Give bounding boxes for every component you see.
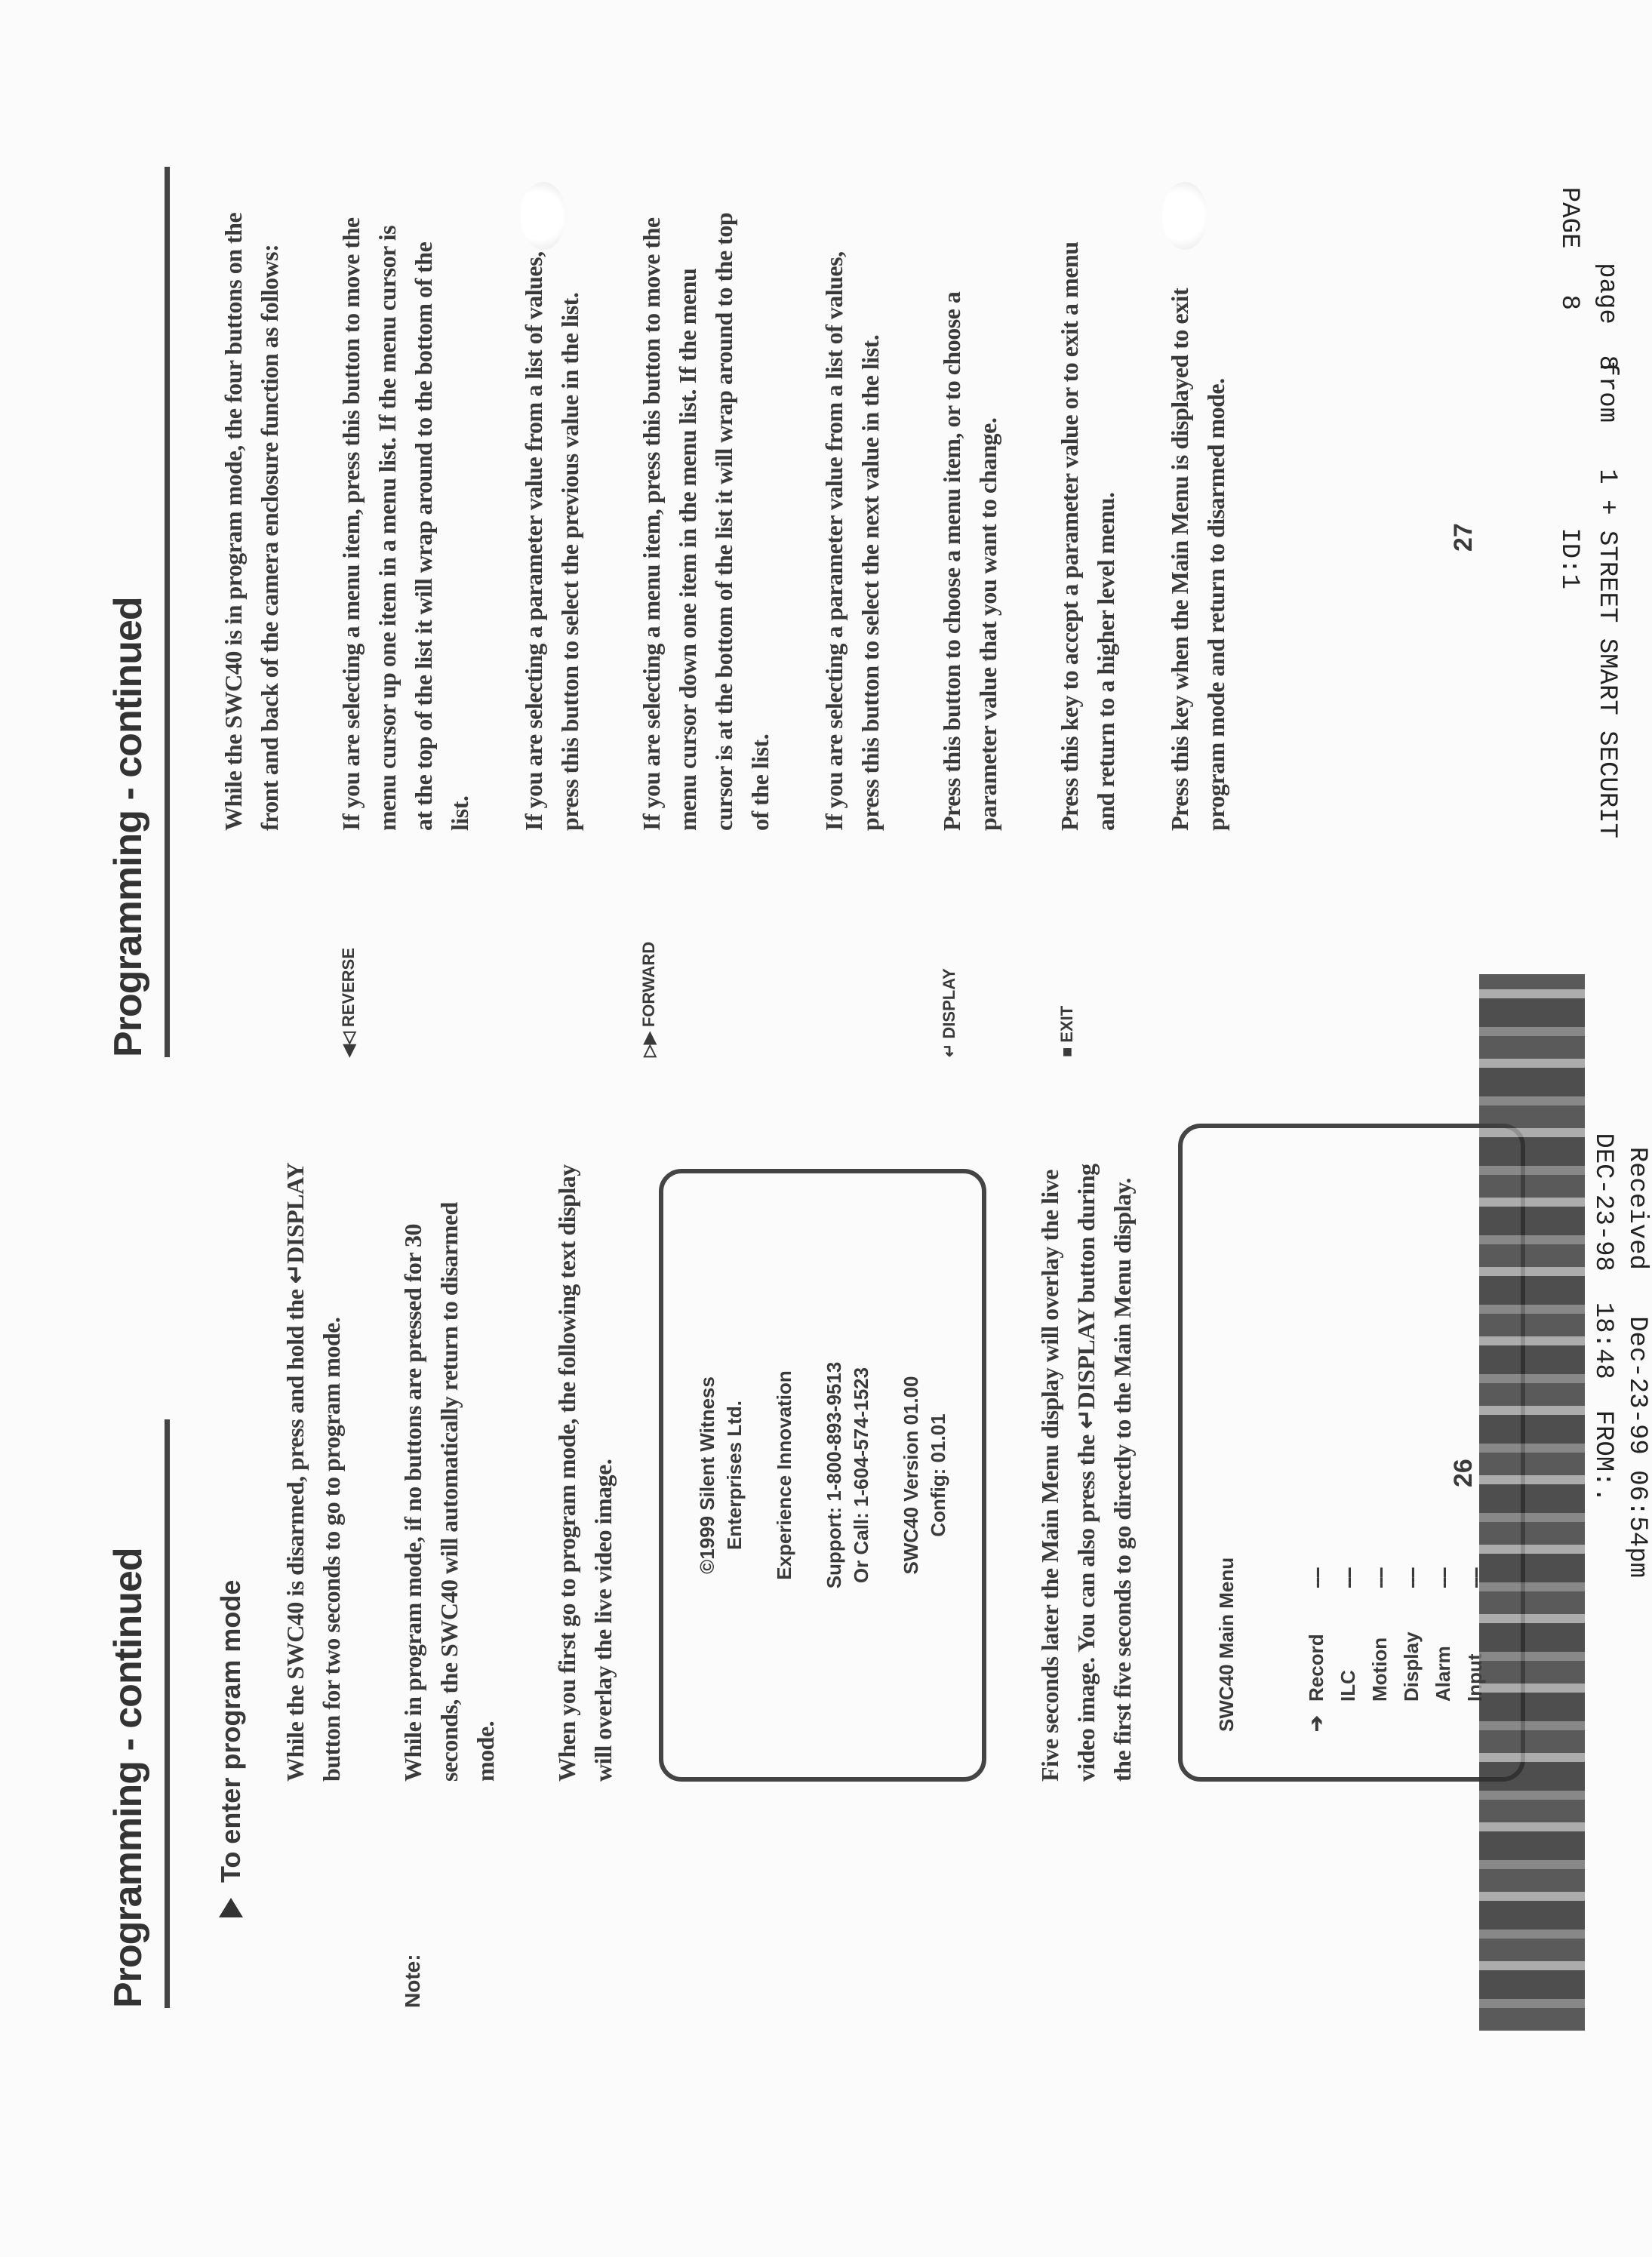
menu-item-value: ---- xyxy=(1364,1568,1395,1588)
subheading: To enter program mode xyxy=(215,1065,247,1917)
page-number-27: 27 xyxy=(1449,523,1478,552)
button-label: ↵Display xyxy=(934,831,1006,1057)
intro-paragraph: While the SWC40 is disarmed, press and h… xyxy=(277,1163,349,1782)
copyright-line: ©1999 Silent Witness xyxy=(696,1376,718,1574)
menu-item-name: Alarm xyxy=(1427,1596,1459,1702)
scan-noise-band xyxy=(1479,974,1585,2031)
menu-item-name: Display xyxy=(1395,1596,1427,1702)
intro-paragraph: While the SWC40 is in program mode, the … xyxy=(215,212,288,831)
button-description: If you are selecting a menu item, press … xyxy=(333,212,478,831)
five-seconds-paragraph: Five seconds later the Main Menu display… xyxy=(1032,1163,1140,1782)
page-27: Programming - continued While the SWC40 … xyxy=(106,114,1234,1057)
button-name: Forward xyxy=(639,942,659,1027)
menu-item: ➔Record---- xyxy=(1300,1173,1332,1732)
button-label xyxy=(1161,831,1234,1057)
button-label: ▷▶Forward xyxy=(633,831,778,1057)
button-description: If you are selecting a parameter value f… xyxy=(515,212,588,831)
page-title: Programming - continued xyxy=(106,167,170,1057)
button-name: Display xyxy=(940,968,959,1038)
button-description: If you are selecting a parameter value f… xyxy=(816,212,888,831)
button-label: ■Exit xyxy=(1051,831,1124,1057)
main-menu-box: SWC40 Main Menu ➔Record----ILC----Motion… xyxy=(1178,1124,1525,1782)
fax-from-line: from 1 + STREET SMART SECURIT xyxy=(1592,361,1621,838)
enter-icon: ↵ xyxy=(940,1044,959,1057)
first-go-paragraph: When you first go to program mode, the f… xyxy=(549,1163,621,1782)
button-row-exit: ■ExitPress this key to accept a paramete… xyxy=(1051,114,1124,1057)
splash-display-box: ©1999 Silent WitnessEnterprises Ltd. Exp… xyxy=(659,1169,986,1782)
page-number-26: 26 xyxy=(1449,1459,1478,1487)
menu-item-value: ---- xyxy=(1332,1568,1364,1588)
menu-item: Display---- xyxy=(1395,1173,1427,1732)
button-row-display: ↵DisplayPress this button to choose a me… xyxy=(934,114,1006,1057)
reverse-icon: ◀◁ xyxy=(339,1032,358,1057)
button-row-exit: Press this key when the Main Menu is dis… xyxy=(1161,114,1234,1057)
punch-hole xyxy=(521,182,566,250)
blank xyxy=(1332,1709,1364,1732)
button-label xyxy=(816,831,888,1057)
button-descriptions: ◀◁ReverseIf you are selecting a menu ite… xyxy=(333,114,1234,1057)
fax-id: ID:1 xyxy=(1555,527,1583,589)
fax-received-line: Received Dec-23-99 06:54pm xyxy=(1623,1147,1651,1578)
menu-item: Alarm---- xyxy=(1427,1173,1459,1732)
button-row-reverse: ◀◁ReverseIf you are selecting a menu ite… xyxy=(333,114,478,1057)
menu-item-name: Record xyxy=(1300,1596,1332,1702)
button-description: Press this key when the Main Menu is dis… xyxy=(1161,212,1234,831)
button-label: ◀◁Reverse xyxy=(333,831,478,1057)
forward-icon: ▷▶ xyxy=(639,1032,659,1057)
cursor-arrow-icon: ➔ xyxy=(1300,1709,1332,1732)
button-name: Reverse xyxy=(339,948,358,1027)
note-label: Note: xyxy=(395,1782,503,2008)
button-description: If you are selecting a menu item, press … xyxy=(633,212,778,831)
triangle-bullet-icon xyxy=(219,1898,243,1917)
punch-hole xyxy=(1162,182,1207,250)
menu-item-value: ---- xyxy=(1427,1568,1459,1588)
button-row-reverse: If you are selecting a parameter value f… xyxy=(515,114,588,1057)
version-line: SWC40 Version 01.00 xyxy=(900,1376,922,1574)
button-description: Press this button to choose a menu item,… xyxy=(934,212,1006,831)
config-line: Config: 01.01 xyxy=(927,1413,949,1536)
button-label xyxy=(515,831,588,1057)
note-text: While in program mode, if no buttons are… xyxy=(395,1163,503,1782)
button-row-forward: ▷▶ForwardIf you are selecting a menu ite… xyxy=(633,114,778,1057)
menu-item: ILC---- xyxy=(1332,1173,1364,1732)
blank xyxy=(1364,1709,1395,1732)
menu-item: Motion---- xyxy=(1364,1173,1395,1732)
blank xyxy=(1427,1709,1459,1732)
fax-page-small: page 8 xyxy=(1592,263,1621,371)
support-phone: Support: 1-800-893-9513 xyxy=(823,1362,845,1589)
slogan-line: Experience Innovation xyxy=(773,1370,795,1579)
alt-phone: Or Call: 1-604-574-1523 xyxy=(850,1367,872,1583)
stop-icon: ■ xyxy=(1057,1047,1077,1057)
menu-item-name: ILC xyxy=(1332,1596,1364,1702)
menu-item-value: ---- xyxy=(1395,1568,1427,1588)
page-26: Programming - continued To enter program… xyxy=(106,1065,1525,2008)
menu-item-value: ---- xyxy=(1300,1568,1332,1588)
page-title: Programming - continued xyxy=(106,1419,170,2008)
menu-title: SWC40 Main Menu xyxy=(1213,1173,1240,1732)
menu-item-name: Motion xyxy=(1364,1596,1395,1702)
company-line: Enterprises Ltd. xyxy=(723,1401,746,1550)
scanned-fax-sheet: Programming - continued To enter program… xyxy=(0,0,1652,2257)
note: Note: While in program mode, if no butto… xyxy=(395,1065,503,2008)
fax-page-label: PAGE 8 xyxy=(1555,187,1583,310)
fax-sent-line: DEC-23-98 18:48 FROM:. xyxy=(1589,1133,1617,1502)
blank xyxy=(1395,1709,1427,1732)
button-description: Press this key to accept a parameter val… xyxy=(1051,212,1124,831)
subheading-text: To enter program mode xyxy=(215,1580,247,1883)
button-name: Exit xyxy=(1057,1006,1077,1043)
button-row-forward: If you are selecting a parameter value f… xyxy=(816,114,888,1057)
menu-items: ➔Record----ILC----Motion----Display----A… xyxy=(1300,1173,1490,1732)
